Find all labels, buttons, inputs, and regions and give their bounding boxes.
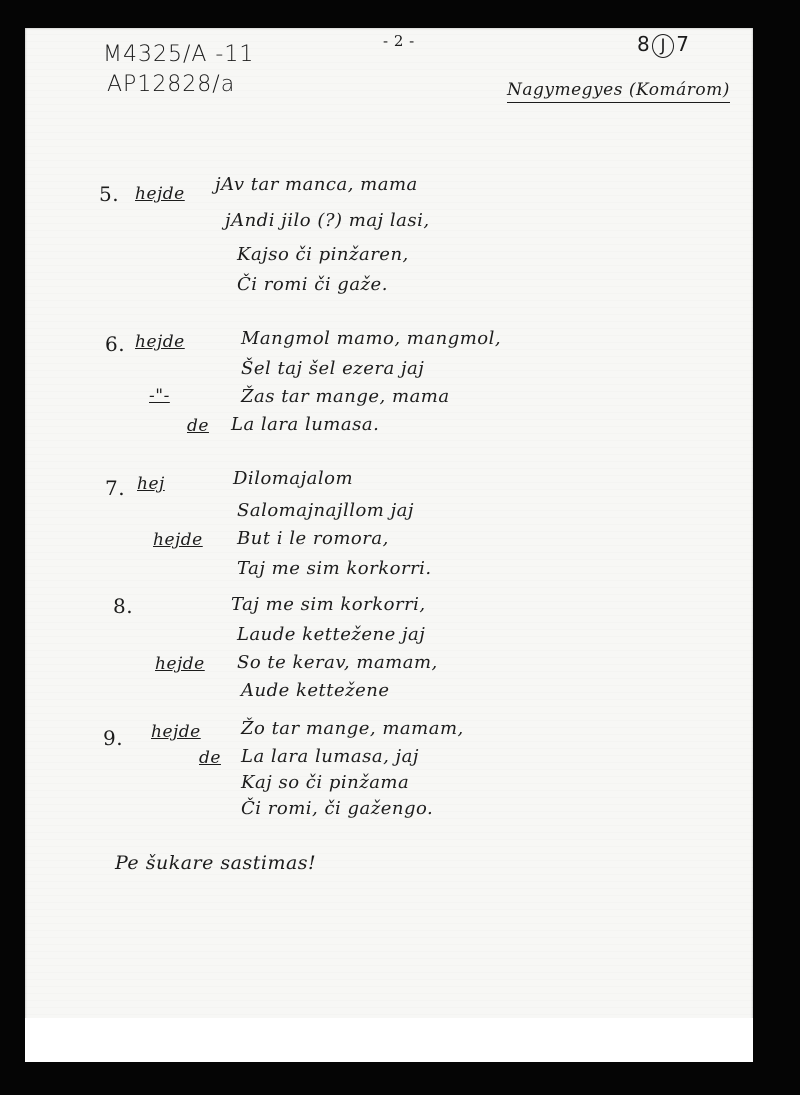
verse-line: La lara lumasa. <box>231 414 379 435</box>
refrain-label: de <box>187 416 209 436</box>
folio-left: 8 <box>637 32 650 56</box>
verse-line: jAv tar manca, mama <box>215 174 418 195</box>
stanza-number: 6. <box>105 332 125 356</box>
folio-number: 8J7 <box>637 32 689 58</box>
verse-line: But i le romora, <box>237 528 389 549</box>
refrain-label: hejde <box>151 722 201 742</box>
folio-circled: J <box>652 34 674 58</box>
refrain-label: hej <box>137 474 165 494</box>
verse-line: Taj me sim korkorri, <box>231 594 426 615</box>
stanza-number: 8. <box>113 594 133 618</box>
verse-line: Či romi, či gažengo. <box>241 798 433 819</box>
verse-line: Taj me sim korkorri. <box>237 558 432 579</box>
stanza-number: 7. <box>105 476 125 500</box>
recording-place: Nagymegyes (Komárom) <box>507 80 730 103</box>
verse-line: La lara lumasa, jaj <box>241 746 419 767</box>
refrain-label: hejde <box>135 332 185 352</box>
stanza-number: 5. <box>99 182 119 206</box>
manuscript-page: M4325/A -11 AP12828/a - 2 - 8J7 Nagymegy… <box>25 28 753 1062</box>
verse-line: Aude kettežene <box>241 680 390 701</box>
verse-line: jAndi jilo (?) maj lasi, <box>225 210 430 231</box>
verse-line: Mangmol mamo, mangmol, <box>241 328 501 349</box>
refrain-label: de <box>199 748 221 768</box>
page-margin-bottom <box>25 1018 753 1062</box>
archive-reference-1: M4325/A -11 <box>103 42 254 67</box>
verse-line: Kajso či pinžaren, <box>237 244 409 265</box>
verse-line: Salomajnajllom jaj <box>237 500 414 521</box>
verse-line: Kaj so či pinžama <box>241 772 409 793</box>
verse-line: Žo tar mange, mamam, <box>241 718 464 739</box>
verse-line: Laude kettežene jaj <box>237 624 425 645</box>
verse-line: Šel taj šel ezera jaj <box>241 358 424 379</box>
verse-line: So te kerav, mamam, <box>237 652 438 673</box>
page-number: - 2 - <box>383 32 415 50</box>
folio-right: 7 <box>676 32 689 56</box>
ditto-mark: -"- <box>149 386 170 406</box>
refrain-label: hejde <box>153 530 203 550</box>
refrain-label: hejde <box>155 654 205 674</box>
verse-line: Žas tar mange, mama <box>241 386 450 407</box>
verse-line: Či romi či gaže. <box>237 274 388 295</box>
refrain-label: hejde <box>135 184 185 204</box>
stanza-number: 9. <box>103 726 123 750</box>
closing-line: Pe šukare sastimas! <box>115 852 316 874</box>
verse-line: Dilomajalom <box>233 468 353 489</box>
archive-reference-2: AP12828/a <box>107 72 235 97</box>
